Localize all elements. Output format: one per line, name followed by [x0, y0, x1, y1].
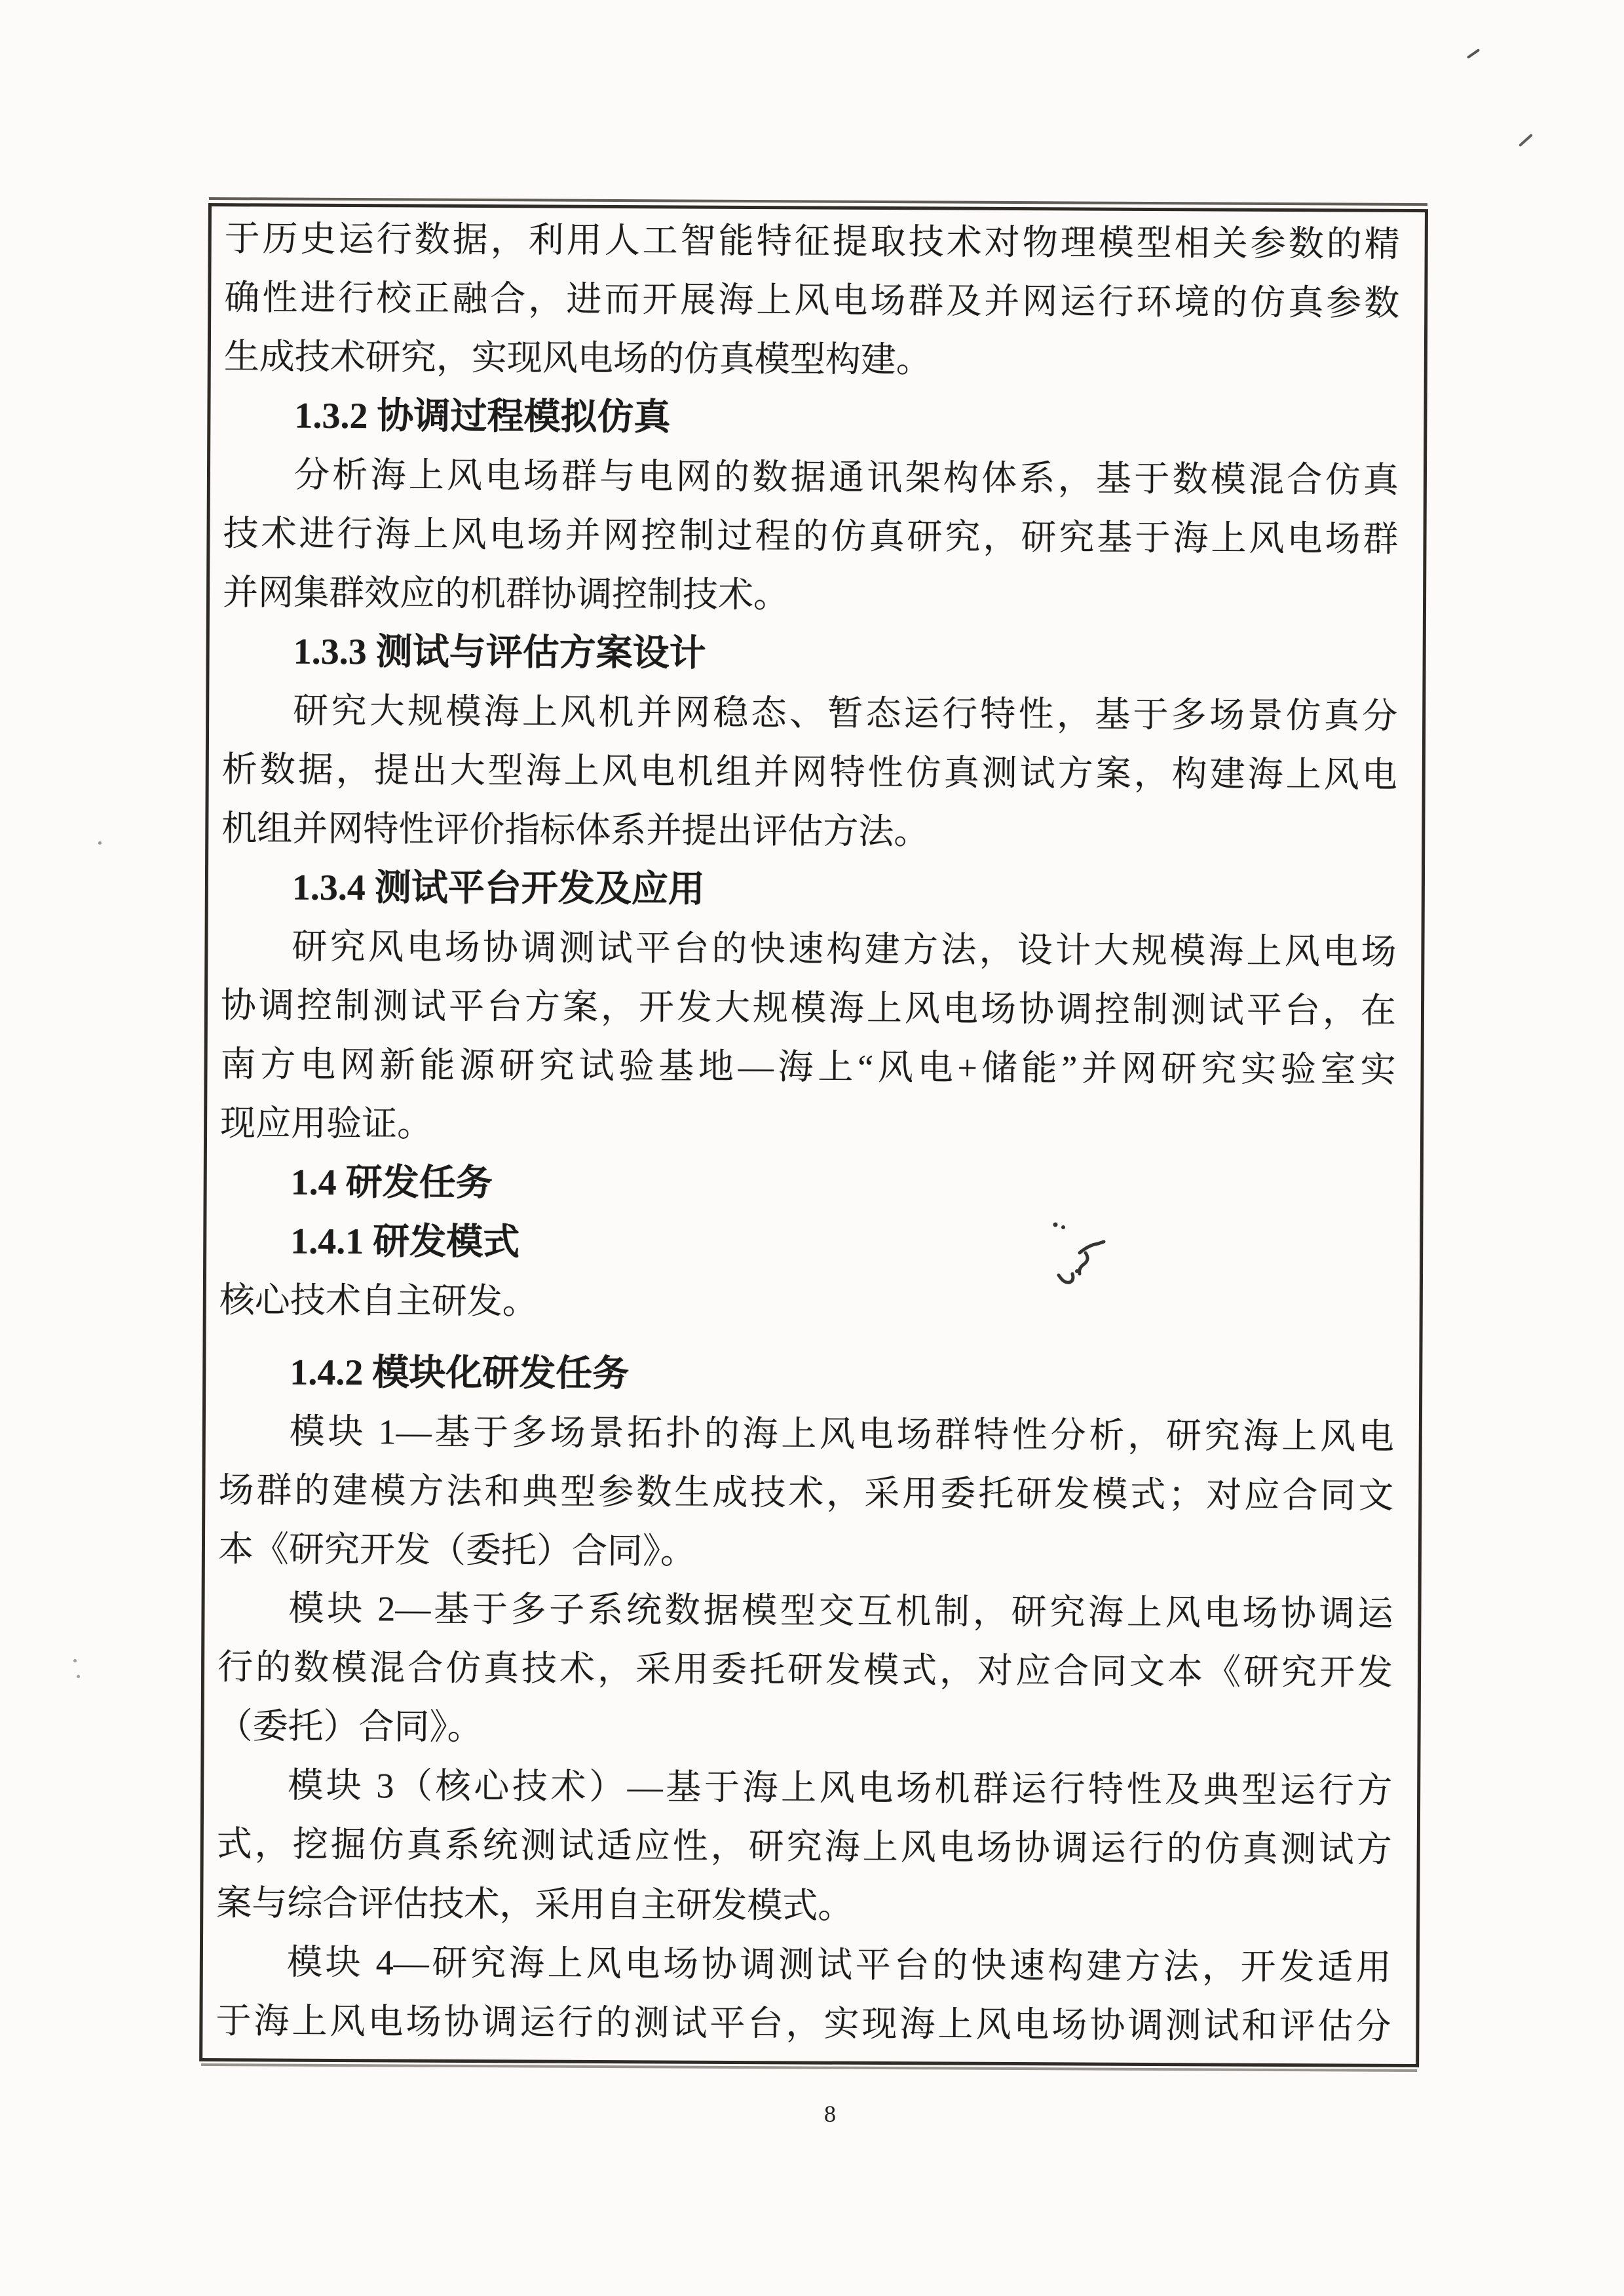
- document-content: 于历史运行数据，利用人工智能特征提取技术对物理模型相关参数的精 确性进行校正融合…: [216, 209, 1400, 2056]
- scan-speck: [98, 841, 102, 845]
- body-line: 模块 1—基于多场景拓扑的海上风电场群特性分析，研究海上风电: [219, 1402, 1394, 1466]
- scan-artifact-top-line: [209, 197, 1427, 206]
- body-line: （委托）合同》。: [217, 1696, 1392, 1761]
- scan-speck: [818, 371, 821, 374]
- body-line: 核心技术自主研发。: [219, 1271, 1395, 1335]
- body-line: 模块 4—研究海上风电场协调测试平台的快速构建方法，开发适用: [216, 1932, 1391, 1997]
- heading-1-4-1: 1.4.1 研发模式: [219, 1212, 1395, 1276]
- body-line: 研究大规模海上风机并网稳态、暂态运行特性，基于多场景仿真分: [222, 681, 1397, 746]
- pen-squiggle-mark: [1049, 1219, 1108, 1292]
- document-border-frame: 于历史运行数据，利用人工智能特征提取技术对物理模型相关参数的精 确性进行校正融合…: [199, 203, 1428, 2067]
- heading-1-3-2: 1.3.2 协调过程模拟仿真: [223, 386, 1399, 451]
- heading-1-3-3: 1.3.3 测试与评估方案设计: [222, 622, 1397, 687]
- body-line: 模块 2—基于多子系统数据模型交互机制，研究海上风电场协调运: [217, 1578, 1393, 1643]
- page-number: 8: [0, 2100, 1624, 2128]
- scan-speck: [1467, 48, 1480, 59]
- scan-artifact-bottom-line: [201, 2063, 1417, 2072]
- body-line: 并网集群效应的机群协调控制技术。: [223, 563, 1398, 628]
- body-line: 生成技术研究，实现风电场的仿真模型构建。: [224, 327, 1399, 392]
- body-line: 现应用验证。: [220, 1094, 1395, 1158]
- body-line: 于历史运行数据，利用人工智能特征提取技术对物理模型相关参数的精: [225, 209, 1400, 274]
- heading-1-4: 1.4 研发任务: [219, 1153, 1395, 1217]
- scan-speck: [73, 1659, 77, 1662]
- body-line: 分析海上风电场群与电网的数据通讯架构体系，基于数模混合仿真: [223, 445, 1399, 510]
- body-line: 于海上风电场协调运行的测试平台，实现海上风电场协调测试和评估分: [216, 1991, 1391, 2056]
- body-line: 确性进行校正融合，进而开展海上风电场群及并网运行环境的仿真参数: [224, 268, 1399, 333]
- body-line: 协调控制测试平台方案，开发大规模海上风电场协调控制测试平台，在: [221, 976, 1396, 1041]
- body-line: 研究风电场协调测试平台的快速构建方法，设计大规模海上风电场: [221, 917, 1396, 982]
- scan-speck: [1519, 134, 1533, 147]
- body-line: 场群的建模方法和典型参数生成技术，采用委托研发模式；对应合同文: [218, 1461, 1393, 1525]
- body-line: 案与综合评估技术，采用自主研发模式。: [216, 1873, 1391, 1938]
- body-line: 本《研究开发（委托）合同》。: [218, 1520, 1393, 1584]
- body-line: 技术进行海上风电场并网控制过程的仿真研究，研究基于海上风电场群: [223, 504, 1398, 569]
- body-line: 行的数模混合仿真技术，采用委托研发模式，对应合同文本《研究开发: [217, 1637, 1393, 1702]
- heading-1-3-4: 1.3.4 测试平台开发及应用: [221, 858, 1397, 923]
- scan-speck: [77, 1675, 80, 1678]
- body-line: 模块 3（核心技术）—基于海上风电场机群运行特性及典型运行方: [217, 1755, 1392, 1820]
- body-line: 析数据，提出大型海上风电机组并网特性仿真测试方案，构建海上风电: [222, 740, 1397, 805]
- body-line: 机组并网特性评价指标体系并提出评估方法。: [221, 799, 1397, 864]
- scanned-document-page: 于历史运行数据，利用人工智能特征提取技术对物理模型相关参数的精 确性进行校正融合…: [0, 0, 1624, 2296]
- body-line: 式，挖掘仿真系统测试适应性，研究海上风电场协调运行的仿真测试方: [217, 1814, 1392, 1879]
- body-line: 南方电网新能源研究试验基地—海上“风电+储能”并网研究实验室实: [220, 1035, 1395, 1100]
- heading-1-4-2: 1.4.2 模块化研发任务: [219, 1343, 1394, 1407]
